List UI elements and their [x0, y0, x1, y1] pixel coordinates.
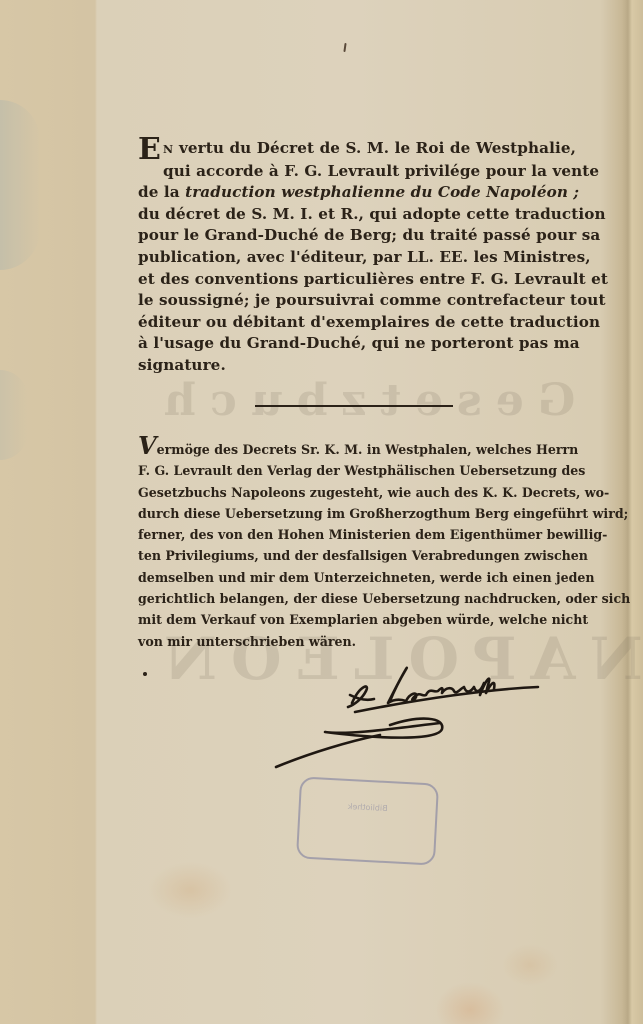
water-stain: [0, 370, 28, 460]
french-line: qui accorde à F. G. Levrault privilége p…: [138, 161, 576, 183]
french-line: publication, avec l'éditeur, par LL. EE.…: [138, 247, 576, 269]
library-stamp: Bibliothek: [296, 776, 439, 865]
german-line: Vermöge des Decrets Sr. K. M. in Westpha…: [138, 437, 576, 460]
french-line: le soussigné; je poursuivrai comme contr…: [138, 290, 576, 312]
german-line: von mir unterschrieben wären.: [138, 631, 576, 652]
signature: [270, 655, 550, 770]
french-line: du décret de S. M. I. et R., qui adopte …: [138, 204, 576, 226]
french-line: et des conventions particulières entre F…: [138, 269, 576, 291]
french-line: de la traduction westphalienne du Code N…: [138, 182, 576, 204]
french-line: à l'usage du Grand-Duché, qui ne portero…: [138, 333, 576, 355]
german-line: ferner, des von den Hohen Ministerien de…: [138, 524, 576, 545]
section-divider: [255, 405, 453, 407]
french-line: éditeur ou débitant d'exemplaires de cet…: [138, 312, 576, 334]
drop-cap: E: [138, 139, 161, 161]
french-notice: EN vertu du Décret de S. M. le Roi de We…: [138, 138, 576, 377]
drop-cap: V: [138, 431, 157, 460]
german-line: durch diese Uebersetzung im Großherzogth…: [138, 503, 576, 524]
show-through-upper: Gesetzbuch: [150, 375, 575, 426]
water-stain: [0, 100, 40, 270]
document-page: Gesetzbuch NAPOLEON EN vertu du Décret d…: [0, 0, 643, 1024]
german-line: mit dem Verkauf von Exemplarien abgeben …: [138, 609, 576, 630]
book-title: traduction westphalienne du Code Napoléo…: [185, 183, 579, 201]
german-line: ten Privilegiums, und der desfallsigen V…: [138, 545, 576, 566]
german-line: demselben und mir dem Unterzeichneten, w…: [138, 567, 576, 588]
german-line: Gesetzbuchs Napoleons zugesteht, wie auc…: [138, 482, 576, 503]
french-line: EN vertu du Décret de S. M. le Roi de We…: [138, 138, 576, 161]
stamp-text: Bibliothek: [312, 799, 422, 816]
german-line: gerichtlich belangen, der diese Ueberset…: [138, 588, 576, 609]
german-line: F. G. Levrault den Verlag der Westphälis…: [138, 460, 576, 481]
german-notice: Vermöge des Decrets Sr. K. M. in Westpha…: [138, 437, 576, 652]
ink-dot: [143, 672, 147, 676]
page-mark: [343, 43, 346, 52]
french-line: signature.: [138, 355, 576, 377]
french-line: pour le Grand-Duché de Berg; du traité p…: [138, 225, 576, 247]
